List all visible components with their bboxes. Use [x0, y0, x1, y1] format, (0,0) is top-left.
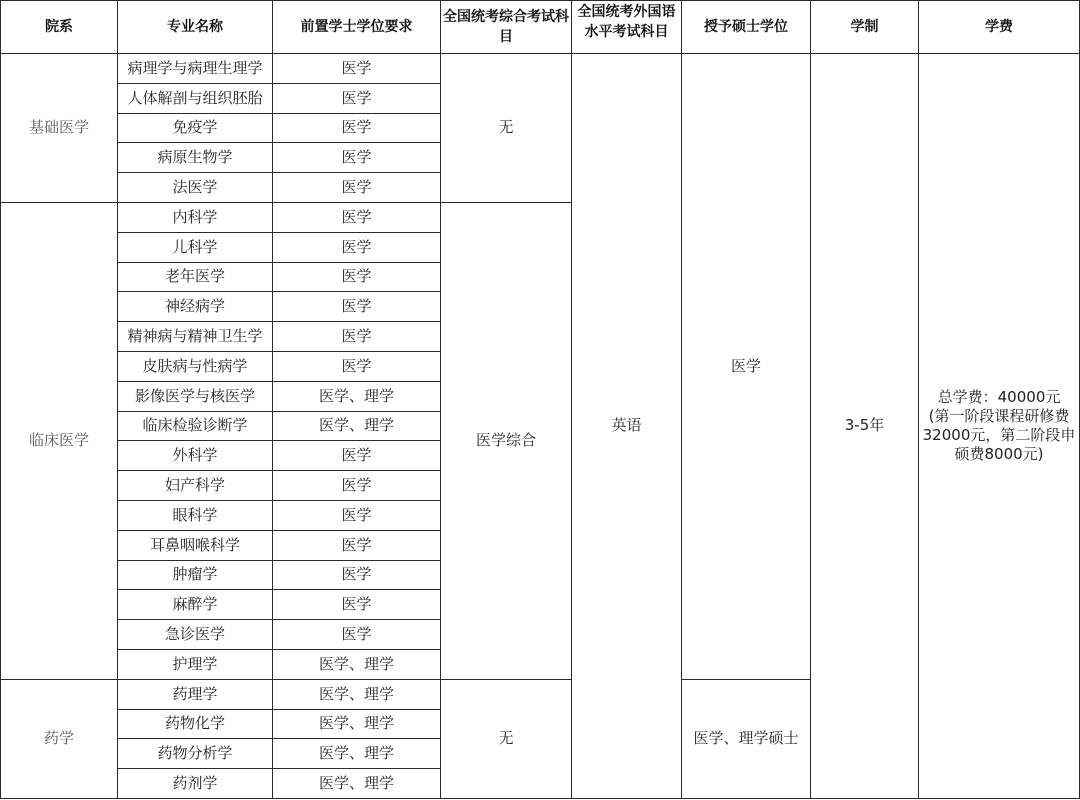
major-name: 护理学: [118, 649, 273, 679]
department-cell: 基础医学: [1, 54, 118, 203]
degree-requirement: 医学: [273, 322, 441, 352]
degree-requirement: 医学、理学: [273, 679, 441, 709]
major-name: 药理学: [118, 679, 273, 709]
tuition-cell: 总学费：40000元 (第一阶段课程研修费32000元，第二阶段申硕费8000元…: [919, 54, 1080, 799]
major-name: 外科学: [118, 441, 273, 471]
major-name: 药物化学: [118, 709, 273, 739]
table-row: 基础医学 病理学与病理生理学 医学 无 英语 医学 3-5年 总学费：40000…: [1, 54, 1080, 84]
degree-requirement: 医学、理学: [273, 381, 441, 411]
degree-requirement: 医学: [273, 143, 441, 173]
duration-cell: 3-5年: [811, 54, 919, 799]
major-name: 麻醉学: [118, 590, 273, 620]
major-name: 皮肤病与性病学: [118, 351, 273, 381]
department-cell: 临床医学: [1, 202, 118, 679]
major-name: 临床检验诊断学: [118, 411, 273, 441]
department-cell: 药学: [1, 679, 118, 798]
degree-requirement: 医学: [273, 232, 441, 262]
degree-requirement: 医学、理学: [273, 769, 441, 799]
major-name: 药物分析学: [118, 739, 273, 769]
major-name: 法医学: [118, 173, 273, 203]
tuition-breakdown: (第一阶段课程研修费32000元，第二阶段申硕费8000元): [923, 407, 1076, 463]
header-duration: 学制: [811, 1, 919, 54]
major-name: 急诊医学: [118, 620, 273, 650]
master-degree-cell: 医学、理学硕士: [682, 679, 811, 798]
header-foreign-language: 全国统考外国语水平考试科目: [572, 1, 682, 54]
degree-requirement: 医学: [273, 351, 441, 381]
degree-requirement: 医学: [273, 262, 441, 292]
degree-requirement: 医学: [273, 590, 441, 620]
major-name: 病原生物学: [118, 143, 273, 173]
degree-requirement: 医学: [273, 620, 441, 650]
major-name: 人体解剖与组织胚胎: [118, 83, 273, 113]
degree-requirement: 医学: [273, 83, 441, 113]
header-department: 院系: [1, 1, 118, 54]
header-row: 院系 专业名称 前置学士学位要求 全国统考综合考试科目 全国统考外国语水平考试科…: [1, 1, 1080, 54]
header-exam-subject: 全国统考综合考试科目: [441, 1, 572, 54]
major-name: 老年医学: [118, 262, 273, 292]
degree-requirement: 医学、理学: [273, 709, 441, 739]
header-prior-degree: 前置学士学位要求: [273, 1, 441, 54]
header-master-degree: 授予硕士学位: [682, 1, 811, 54]
degree-requirement: 医学、理学: [273, 649, 441, 679]
master-degree-cell: 医学: [682, 54, 811, 680]
header-tuition: 学费: [919, 1, 1080, 54]
degree-requirement: 医学: [273, 113, 441, 143]
tuition-total: 总学费：40000元: [938, 388, 1061, 406]
degree-requirement: 医学: [273, 471, 441, 501]
exam-subject-cell: 医学综合: [441, 202, 572, 679]
major-name: 神经病学: [118, 292, 273, 322]
degree-requirement: 医学、理学: [273, 739, 441, 769]
foreign-language-cell: 英语: [572, 54, 682, 799]
major-name: 病理学与病理生理学: [118, 54, 273, 84]
major-name: 眼科学: [118, 500, 273, 530]
degree-requirement: 医学: [273, 530, 441, 560]
degree-requirement: 医学: [273, 441, 441, 471]
header-foreign-language-text: 全国统考外国语水平考试科目: [574, 2, 679, 52]
degree-requirement: 医学: [273, 500, 441, 530]
exam-subject-cell: 无: [441, 679, 572, 798]
exam-subject-cell: 无: [441, 54, 572, 203]
degree-requirement: 医学、理学: [273, 411, 441, 441]
major-name: 肿瘤学: [118, 560, 273, 590]
major-name: 精神病与精神卫生学: [118, 322, 273, 352]
major-name: 耳鼻咽喉科学: [118, 530, 273, 560]
degree-requirement: 医学: [273, 173, 441, 203]
header-major-name: 专业名称: [118, 1, 273, 54]
major-name: 免疫学: [118, 113, 273, 143]
major-name: 妇产科学: [118, 471, 273, 501]
major-name: 内科学: [118, 202, 273, 232]
degree-requirement: 医学: [273, 560, 441, 590]
degree-requirement: 医学: [273, 202, 441, 232]
degree-requirement: 医学: [273, 54, 441, 84]
degree-requirement: 医学: [273, 292, 441, 322]
major-name: 药剂学: [118, 769, 273, 799]
admissions-table: 院系 专业名称 前置学士学位要求 全国统考综合考试科目 全国统考外国语水平考试科…: [0, 0, 1080, 799]
major-name: 儿科学: [118, 232, 273, 262]
major-name: 影像医学与核医学: [118, 381, 273, 411]
